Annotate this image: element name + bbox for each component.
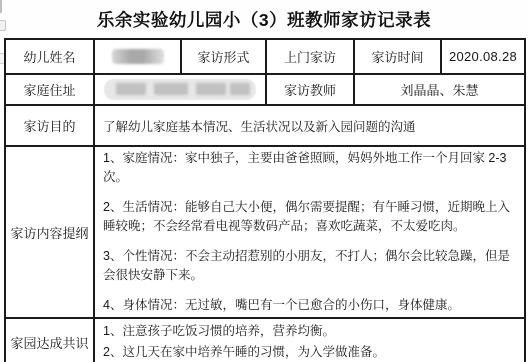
outline-item-health: 4、身体情况：无过敏，嘴巴有一个已愈合的小伤口，身体健康。	[103, 296, 516, 315]
table-row-address-teacher: 家庭住址 家访教师 刘晶晶、朱慧	[5, 74, 525, 105]
redaction-segment	[154, 83, 188, 95]
table-row-consensus: 家园达成共识 1、注意孩子吃饭习惯的培养，营养均衡。 2、这几天在家中培养午睡的…	[5, 318, 525, 362]
outline-item-life: 2、生活情况：能够自己大小便，偶尔需要提醒；有午睡习惯，近期晚上入睡较晚；不会经…	[103, 198, 516, 236]
table-row-visit-purpose: 家访目的 了解幼儿家庭基本情况、生活状况以及新入园问题的沟通	[5, 105, 525, 146]
visit-purpose-label: 家访目的	[5, 105, 94, 146]
visit-time-label: 家访时间	[354, 39, 441, 74]
visit-time-value: 2020.08.28	[441, 39, 525, 74]
visit-form-value: 上门家访	[266, 39, 354, 74]
visit-purpose-value: 了解幼儿家庭基本情况、生活状况以及新入园问题的沟通	[94, 105, 525, 146]
consensus-item-2: 2、这几天在家中培养午睡的习惯，为入学做准备。	[103, 342, 516, 362]
home-visit-record-document: 乐余实验幼儿园小（3）班教师家访记录表 幼儿姓名 家访形式 上门家访 家访时间 …	[0, 0, 528, 362]
home-address-label: 家庭住址	[5, 74, 94, 105]
outline-item-family: 1、家庭情况：家中独子，主要由爸爸照顾，妈妈外地工作一个月回家 2-3次。	[103, 149, 516, 187]
home-address-value-cell	[94, 74, 266, 105]
child-name-label: 幼儿姓名	[5, 39, 94, 74]
child-name-value-cell	[94, 39, 181, 74]
consensus-content: 1、注意孩子吃饭习惯的培养，营养均衡。 2、这几天在家中培养午睡的习惯，为入学做…	[94, 318, 525, 362]
redacted-address-blur	[104, 79, 256, 100]
redaction-segment	[116, 83, 146, 95]
table-row-basic-info: 幼儿姓名 家访形式 上门家访 家访时间 2020.08.28	[5, 39, 525, 74]
table-row-visit-outline: 家访内容提纲 1、家庭情况：家中独子，主要由爸爸照顾，妈妈外地工作一个月回家 2…	[5, 146, 525, 318]
redaction-segment	[230, 83, 250, 95]
consensus-label: 家园达成共识	[5, 318, 94, 362]
visit-outline-content: 1、家庭情况：家中独子，主要由爸爸照顾，妈妈外地工作一个月回家 2-3次。 2、…	[94, 146, 525, 318]
redacted-name-blur	[112, 49, 164, 64]
home-visit-record-table: 幼儿姓名 家访形式 上门家访 家访时间 2020.08.28 家庭住址	[4, 38, 526, 362]
visit-form-label: 家访形式	[181, 39, 266, 74]
consensus-item-1: 1、注意孩子吃饭习惯的培养，营养均衡。	[103, 321, 516, 342]
visit-teacher-value: 刘晶晶、朱慧	[354, 74, 525, 105]
outline-item-personality: 3、个性情况：不会主动招惹别的小朋友，不打人；偶尔会比较急躁，但是会很快安静下来…	[103, 247, 516, 285]
visit-teacher-label: 家访教师	[266, 74, 354, 105]
document-title: 乐余实验幼儿园小（3）班教师家访记录表	[0, 7, 528, 32]
redaction-segment	[196, 83, 226, 95]
visit-outline-label: 家访内容提纲	[5, 146, 94, 318]
